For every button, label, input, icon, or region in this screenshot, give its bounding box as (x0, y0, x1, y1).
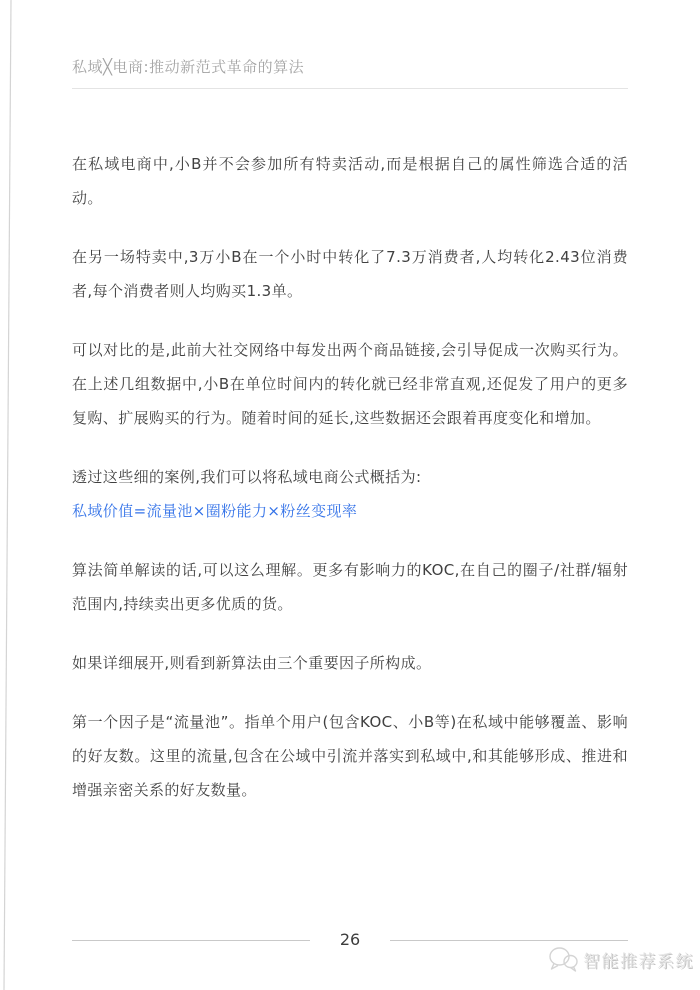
paragraph: 可以对比的是,此前大社交网络中每发出两个商品链接,会引导促成一次购买行为。在上述… (72, 333, 628, 435)
chat-bubbles-logo-icon (548, 946, 578, 973)
paragraph-with-formula: 透过这些细的案例,我们可以将私域电商公式概括为:私域价值=流量池×圈粉能力×粉丝… (72, 460, 628, 528)
article-body: 在私域电商中,小B并不会参加所有特卖活动,而是根据自己的属性筛选合适的活动。 在… (72, 147, 628, 807)
footer-divider-right (390, 940, 628, 941)
page-footer: 26 (72, 931, 628, 949)
paragraph: 在另一场特卖中,3万小B在一个小时中转化了7.3万消费者,人均转化2.43位消费… (72, 240, 628, 308)
formula-lead-in: 透过这些细的案例,我们可以将私域电商公式概括为: (72, 468, 421, 486)
page-number: 26 (310, 931, 390, 949)
paragraph: 第一个因子是“流量池”。指单个用户(包含KOC、小B等)在私域中能够覆盖、影响的… (72, 705, 628, 807)
formula-line: 私域价值=流量池×圈粉能力×粉丝变现率 (72, 502, 357, 520)
document-page: 私域╳电商:推动新范式革命的算法 在私域电商中,小B并不会参加所有特卖活动,而是… (0, 0, 700, 990)
paragraph: 算法简单解读的话,可以这么理解。更多有影响力的KOC,在自己的圈子/社群/辐射范… (72, 553, 628, 621)
page-header: 私域╳电商:推动新范式革命的算法 (72, 0, 628, 89)
scan-edge-artifact (0, 0, 16, 990)
watermark: 智能推荐系统 (548, 946, 694, 973)
running-head-title: 私域╳电商:推动新范式革命的算法 (72, 57, 628, 77)
paragraph: 在私域电商中,小B并不会参加所有特卖活动,而是根据自己的属性筛选合适的活动。 (72, 147, 628, 215)
header-divider (72, 88, 628, 89)
paragraph: 如果详细展开,则看到新算法由三个重要因子所构成。 (72, 646, 628, 680)
watermark-label: 智能推荐系统 (583, 947, 694, 972)
footer-divider-left (72, 940, 310, 941)
